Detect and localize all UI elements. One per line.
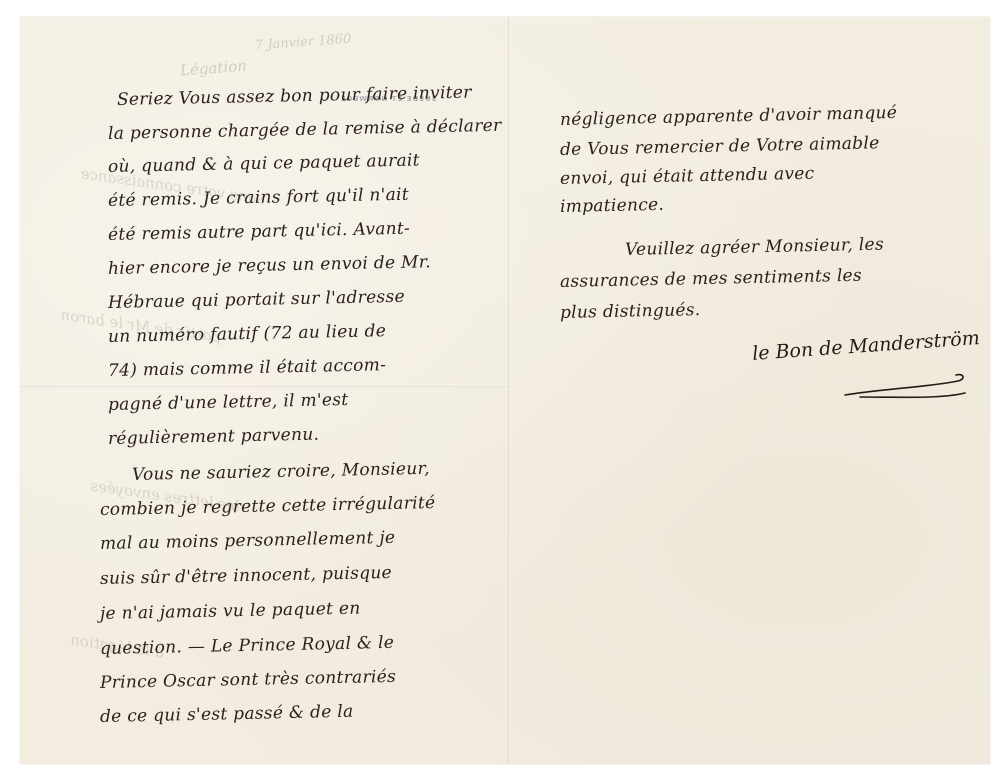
letter-line: mal au moins personnellement je <box>100 528 396 554</box>
letter-line: 74) mais comme il était accom- <box>108 355 387 381</box>
right-page: négligence apparente d'avoir manqué de V… <box>510 17 990 764</box>
letter-line: Vous ne sauriez croire, Monsieur, <box>132 459 430 485</box>
letter-line: de Vous remercier de Votre aimable <box>560 133 880 160</box>
left-page: 7 Janvier 1860 Légation SUEDE ET NORWEGE… <box>20 17 508 764</box>
letter-line: de ce qui s'est passé & de la <box>100 702 354 727</box>
letter-line: été remis autre part qu'ici. Avant- <box>108 219 411 245</box>
letter-line: assurances de mes sentiments les <box>560 266 862 292</box>
letter-line: hier encore je reçus un envoi de Mr. <box>108 252 431 279</box>
letter-sheet: 7 Janvier 1860 Légation SUEDE ET NORWEGE… <box>20 17 990 764</box>
letter-line: négligence apparente d'avoir manqué <box>560 103 898 130</box>
letter-line: impatience. <box>560 195 665 217</box>
letter-line: régulièrement parvenu. <box>108 425 320 449</box>
letter-line: question. — Le Prince Royal & le <box>100 633 395 659</box>
letter-line: la personne chargée de la remise à décla… <box>108 116 502 144</box>
letter-line: pagné d'une lettre, il m'est <box>108 390 349 415</box>
faint-show-through-text: 7 Janvier 1860 <box>255 32 352 54</box>
letter-line: suis sûr d'être innocent, puisque <box>100 563 392 589</box>
letter-line: Hébraue qui portait sur l'adresse <box>108 287 405 313</box>
signature-flourish-icon <box>840 367 970 407</box>
faint-header-text: Légation <box>179 57 247 80</box>
letter-line: Veuillez agréer Monsieur, les <box>625 235 884 260</box>
letter-line: où, quand & à qui ce paquet aurait <box>108 150 420 177</box>
letter-line: je n'ai jamais vu le paquet en <box>100 599 361 624</box>
letter-line: Seriez Vous assez bon pour faire inviter <box>117 83 472 110</box>
letter-line: Prince Oscar sont très contrariés <box>100 667 396 693</box>
signature: le Bon de Manderström <box>752 327 981 365</box>
letter-line: plus distingués. <box>560 300 701 323</box>
letter-line: envoi, qui était attendu avec <box>560 164 815 189</box>
